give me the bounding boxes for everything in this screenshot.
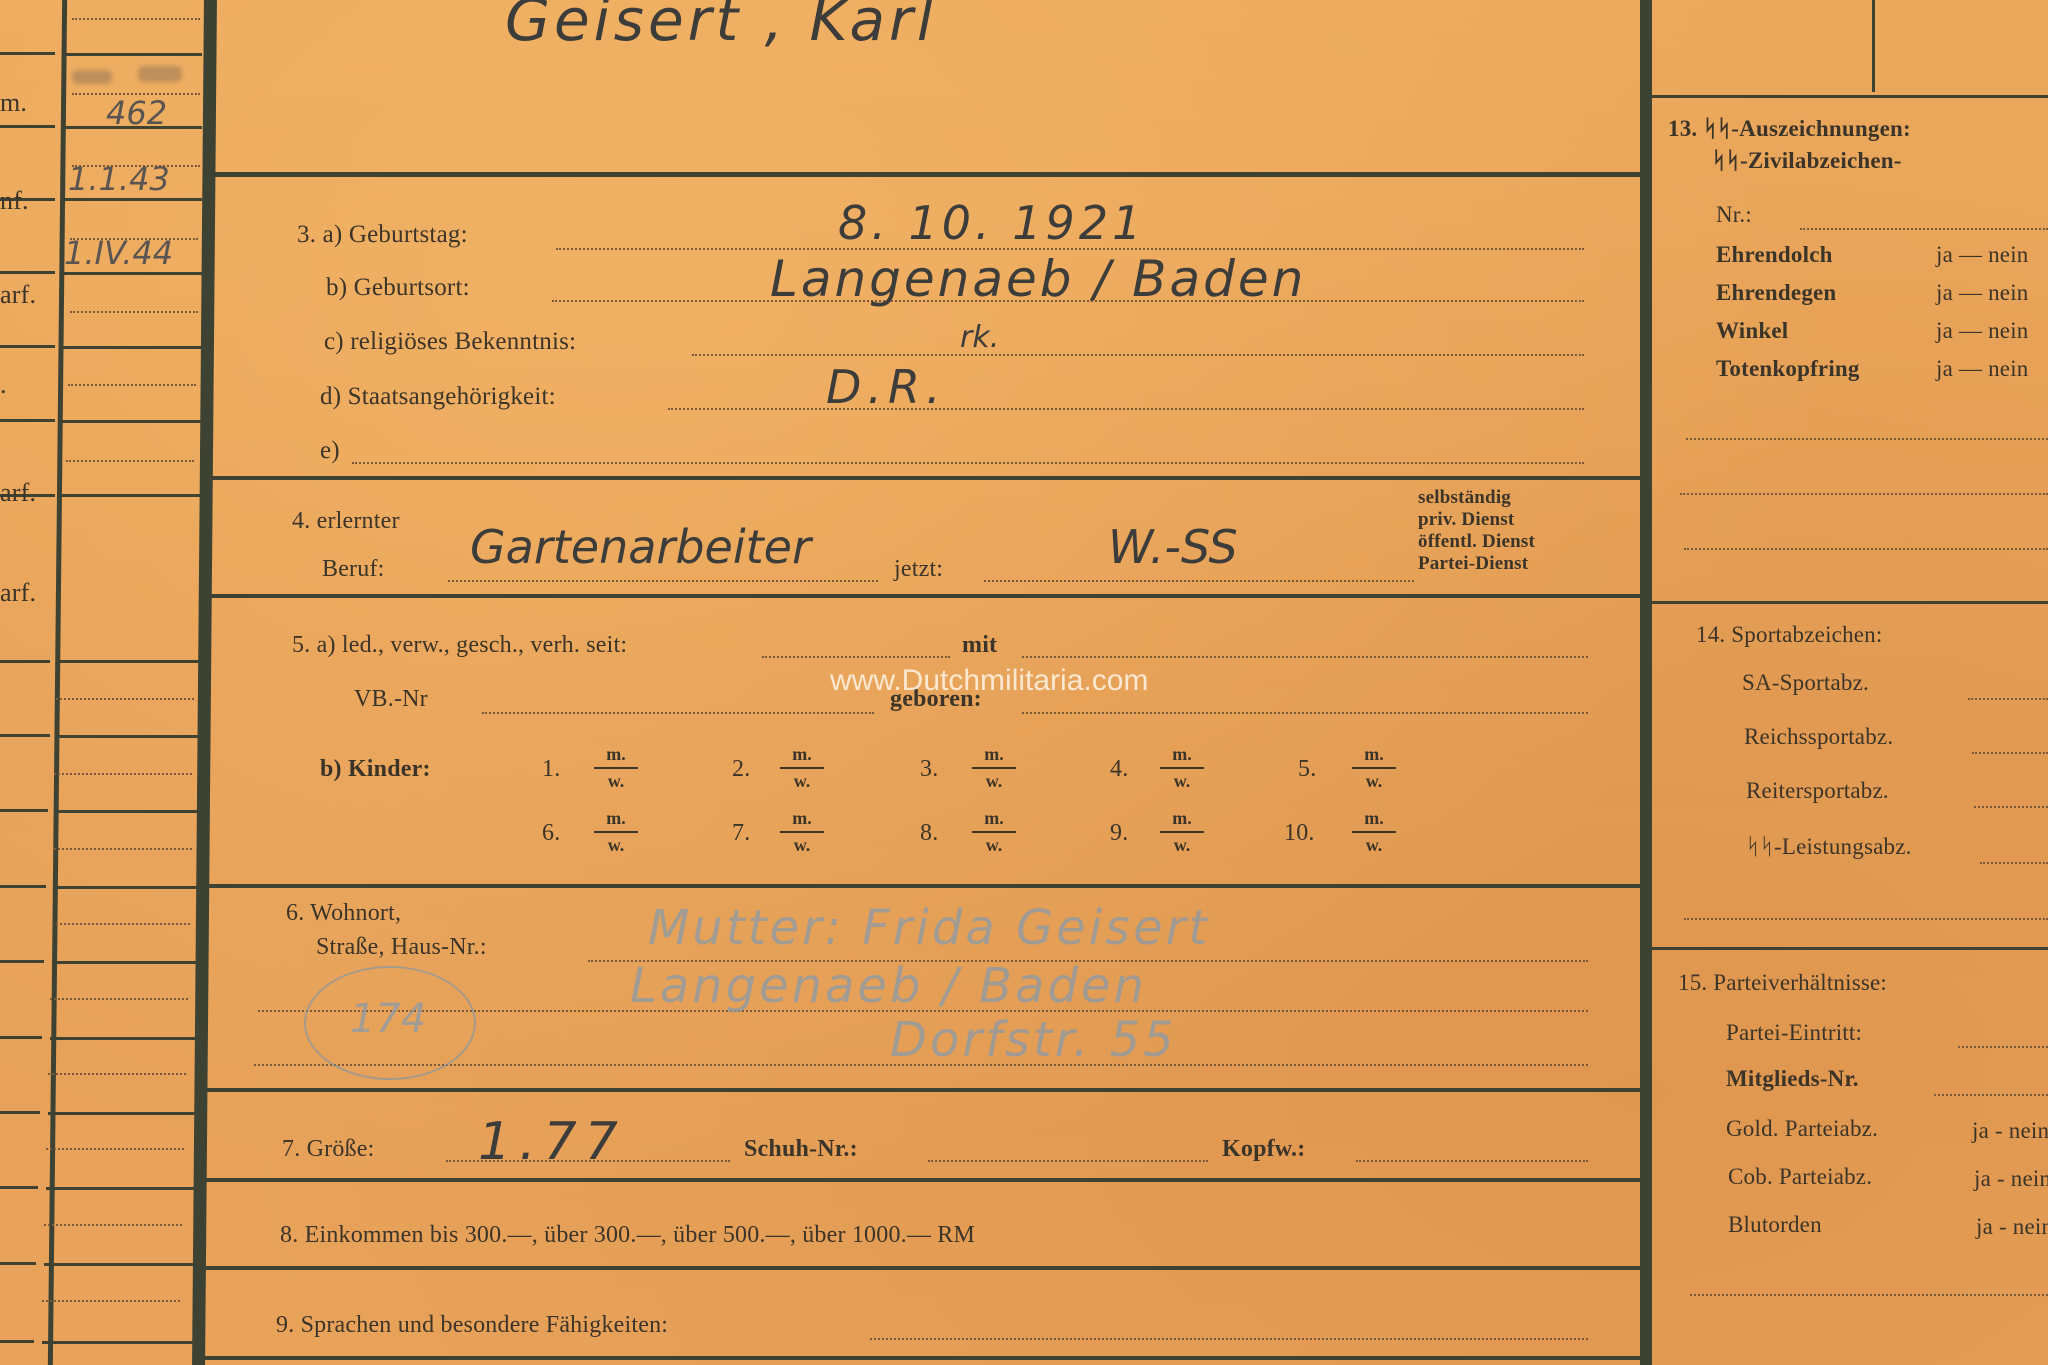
left-row-rule	[62, 272, 202, 275]
cob-party-badge-choice[interactable]: ja - nein	[1974, 1166, 2048, 1192]
left-dotted-line	[54, 773, 192, 775]
blood-order-choice[interactable]: ja - nein	[1976, 1214, 2048, 1240]
nationality-value: D.R.	[826, 360, 947, 414]
main-left-border	[192, 0, 217, 1365]
child-gender-fraction[interactable]: m.w.	[1352, 744, 1396, 792]
left-row-rule	[0, 1262, 36, 1265]
occupation-label-line2: Beruf:	[322, 556, 385, 583]
left-label-fragment: nf.	[0, 186, 29, 216]
sport-badge-reich: Reichssportabz.	[1744, 724, 1893, 750]
head-width-label: Kopfw.:	[1222, 1136, 1305, 1163]
child-gender-fraction[interactable]: m.w.	[780, 744, 824, 792]
left-label-fragment: arf.	[0, 280, 36, 310]
sport-badge-ss-leistung: ᛋᛋ-Leistungsabz.	[1746, 834, 1912, 860]
child-gender-fraction[interactable]: m.w.	[972, 808, 1016, 856]
left-dotted-line	[68, 384, 196, 386]
employment-option: priv. Dienst	[1418, 510, 1514, 530]
religion-line	[692, 354, 1584, 356]
occupation-line	[448, 580, 878, 582]
religion-label: c) religiöses Bekenntnis:	[324, 328, 576, 356]
left-column-divider	[48, 0, 67, 1365]
left-row-rule	[54, 886, 198, 889]
languages-label: 9. Sprachen und besondere Fähigkeiten:	[276, 1312, 668, 1339]
vb-nr-label: VB.-Nr	[354, 686, 428, 713]
child-number: 2.	[732, 756, 750, 783]
award-ehrendolch-choice[interactable]: ja — nein	[1936, 242, 2029, 268]
left-dotted-line	[72, 18, 200, 20]
left-dotted-line	[70, 311, 198, 313]
section-rule-9	[200, 1356, 1650, 1360]
birthplace-value: Langenaeb / Baden	[770, 250, 1306, 308]
child-gender-fraction[interactable]: m.w.	[1352, 808, 1396, 856]
child-number: 6.	[542, 820, 560, 847]
gold-party-badge-choice[interactable]: ja - nein	[1972, 1118, 2048, 1144]
right-rule-14	[1652, 947, 2048, 950]
left-row-rule	[62, 494, 202, 497]
vb-nr-line	[482, 712, 874, 714]
residence-value-line2: Langenaeb / Baden	[630, 958, 1147, 1014]
child-gender-fraction[interactable]: m.w.	[594, 744, 638, 792]
left-row-rule	[0, 809, 48, 812]
sport-badge-sa: SA-Sportabz.	[1742, 670, 1869, 696]
party-entry-line	[1958, 1046, 2048, 1048]
shoe-size-label: Schuh-Nr.:	[744, 1136, 858, 1163]
left-row-rule	[62, 420, 202, 423]
field-e-label: e)	[320, 437, 340, 465]
current-occupation-value: W.-SS	[1108, 520, 1238, 574]
left-row-rule	[0, 1186, 38, 1189]
ss-nr-line	[1800, 228, 2048, 230]
head-width-line	[1356, 1160, 1588, 1162]
employment-option: Partei-Dienst	[1418, 554, 1528, 574]
ss-extra-line	[1686, 438, 2048, 440]
residence-value-line3: Dorfstr. 55	[890, 1012, 1177, 1068]
left-row-rule	[62, 198, 202, 201]
left-dotted-line	[50, 998, 188, 1000]
left-value-date-1943: 1.1.43	[68, 160, 170, 198]
birthdate-value: 8. 10. 1921	[838, 196, 1145, 250]
left-row-rule	[0, 1111, 40, 1114]
ss-nr-label: Nr.:	[1716, 202, 1752, 228]
birthdate-label: 3. a) Geburtstag:	[297, 221, 468, 249]
residence-value-line1: Mutter: Frida Geisert	[648, 900, 1210, 956]
award-winkel-choice[interactable]: ja — nein	[1936, 318, 2029, 344]
left-dotted-line	[56, 698, 194, 700]
nationality-line	[668, 408, 1584, 410]
ss-extra-line	[1680, 493, 2048, 495]
award-ehrendegen-choice[interactable]: ja — nein	[1936, 280, 2029, 306]
left-value-date-1944: 1.IV.44	[64, 234, 173, 272]
left-row-rule	[0, 660, 50, 663]
left-row-rule	[62, 346, 202, 349]
shoe-size-line	[928, 1160, 1208, 1162]
left-dotted-line	[42, 1300, 180, 1302]
stamp-number: 174	[350, 996, 426, 1042]
award-totenkopfring-label: Totenkopfring	[1716, 356, 1860, 382]
right-top-divider	[1872, 0, 1875, 92]
child-number: 9.	[1110, 820, 1128, 847]
ss-awards-title: 13. ᛋᛋ-Auszeichnungen:	[1668, 116, 1911, 142]
left-row-rule	[48, 1112, 198, 1115]
left-label-fragment: arf.	[0, 578, 36, 608]
left-row-rule	[44, 1263, 196, 1266]
award-ehrendegen-label: Ehrendegen	[1716, 280, 1836, 306]
left-row-rule	[42, 1341, 196, 1344]
sport-badge-line	[1968, 698, 2048, 700]
left-row-rule	[0, 1036, 42, 1039]
occupation-label-line1: 4. erlernter	[292, 508, 400, 535]
left-row-rule	[56, 810, 198, 813]
watermark: www.Dutchmilitaria.com	[830, 664, 1148, 698]
sport-badge-reiter: Reitersportabz.	[1746, 778, 1889, 804]
section-rule-5	[208, 884, 1648, 888]
member-nr-line	[1934, 1094, 2048, 1096]
award-winkel-label: Winkel	[1716, 318, 1788, 344]
award-totenkopfring-choice[interactable]: ja — nein	[1936, 356, 2029, 382]
section-rule-6	[206, 1088, 1648, 1092]
child-number: 10.	[1284, 820, 1315, 847]
sport-badges-title: 14. Sportabzeichen:	[1696, 622, 1882, 648]
religion-value: rk.	[960, 320, 999, 355]
left-dotted-line	[46, 1148, 184, 1150]
occupation-value: Gartenarbeiter	[470, 520, 811, 574]
ss-extra-line	[1684, 548, 2048, 550]
marital-since-line	[762, 656, 950, 658]
smudge-mark	[72, 70, 112, 84]
name-field: Geisert , Karl	[505, 0, 937, 54]
ss-civil-badge-title: ᛋᛋ-Zivilabzeichen-	[1712, 148, 1902, 174]
left-row-rule	[58, 660, 200, 663]
child-gender-fraction[interactable]: m.w.	[972, 744, 1016, 792]
children-label: b) Kinder:	[320, 756, 431, 783]
marital-status-label: 5. a) led., verw., gesch., verh. seit:	[292, 632, 627, 659]
child-gender-fraction[interactable]: m.w.	[1160, 808, 1204, 856]
child-gender-fraction[interactable]: m.w.	[780, 808, 824, 856]
award-ehrendolch-label: Ehrendolch	[1716, 242, 1833, 268]
section-rule-8	[202, 1266, 1650, 1270]
sport-badge-line	[1972, 752, 2048, 754]
left-row-rule	[58, 735, 200, 738]
left-row-rule	[50, 1037, 198, 1040]
left-row-rule	[0, 960, 44, 963]
party-relations-title: 15. Parteiverhältnisse:	[1678, 970, 1887, 996]
cob-party-badge-label: Cob. Parteiabz.	[1728, 1164, 1872, 1190]
blood-order-label: Blutorden	[1728, 1212, 1822, 1238]
party-extra-line	[1690, 1294, 2048, 1296]
sport-badge-line	[1980, 862, 2048, 864]
child-number: 8.	[920, 820, 938, 847]
left-label-fragment: .	[0, 370, 7, 400]
child-number: 3.	[920, 756, 938, 783]
income-label: 8. Einkommen bis 300.—, über 300.—, über…	[280, 1222, 975, 1249]
left-row-rule	[0, 125, 55, 128]
left-dotted-line	[52, 923, 190, 925]
left-dotted-line	[48, 1073, 186, 1075]
child-number: 1.	[542, 756, 560, 783]
left-row-rule	[0, 885, 46, 888]
field-e-line	[352, 462, 1584, 464]
left-label-fragment: m.	[0, 88, 27, 118]
spouse-line	[1022, 656, 1588, 658]
left-value-462: 462	[106, 94, 167, 132]
child-number: 5.	[1298, 756, 1316, 783]
section-rule-header	[212, 172, 1640, 177]
child-gender-fraction[interactable]: m.w.	[594, 808, 638, 856]
left-row-rule	[0, 345, 55, 348]
employment-option: öffentl. Dienst	[1418, 532, 1535, 552]
child-number: 4.	[1110, 756, 1128, 783]
child-gender-fraction[interactable]: m.w.	[1160, 744, 1204, 792]
sport-badge-line	[1974, 806, 2048, 808]
right-rule-13	[1652, 601, 2048, 604]
languages-line	[870, 1338, 1588, 1340]
left-row-rule	[0, 419, 55, 422]
member-nr-label: Mitglieds-Nr.	[1726, 1066, 1859, 1092]
height-value: 1.77	[478, 1112, 626, 1172]
left-row-rule	[46, 1187, 196, 1190]
residence-label-line1: 6. Wohnort,	[286, 900, 401, 927]
current-occupation-label: jetzt:	[894, 556, 943, 583]
sport-extra-line	[1684, 918, 2048, 920]
party-entry-label: Partei-Eintritt:	[1726, 1020, 1862, 1046]
employment-option: selbständig	[1418, 488, 1511, 508]
left-row-rule	[52, 961, 198, 964]
left-label-fragment: arf.	[0, 478, 36, 508]
main-right-border	[1640, 0, 1652, 1365]
height-label: 7. Größe:	[282, 1136, 374, 1163]
left-row-rule	[0, 271, 55, 274]
left-row-rule	[0, 52, 55, 55]
right-rule-top	[1652, 95, 2048, 98]
section-rule-4	[210, 594, 1642, 598]
left-dotted-line	[44, 1224, 182, 1226]
left-dotted-line	[54, 848, 192, 850]
left-row-rule	[0, 1340, 34, 1343]
left-dotted-line	[66, 460, 194, 462]
residence-label-line2: Straße, Haus-Nr.:	[316, 934, 487, 961]
spouse-label: mit	[962, 632, 997, 659]
section-rule-3	[212, 476, 1640, 480]
birthplace-label: b) Geburtsort:	[326, 274, 470, 302]
section-rule-7	[204, 1178, 1650, 1182]
nationality-label: d) Staatsangehörigkeit:	[320, 383, 556, 411]
child-number: 7.	[732, 820, 750, 847]
smudge-mark	[138, 66, 182, 82]
current-occupation-line	[984, 580, 1414, 582]
left-row-rule	[0, 734, 50, 737]
left-row-rule	[62, 53, 202, 56]
spouse-born-line	[1022, 712, 1588, 714]
gold-party-badge-label: Gold. Parteiabz.	[1726, 1116, 1878, 1142]
